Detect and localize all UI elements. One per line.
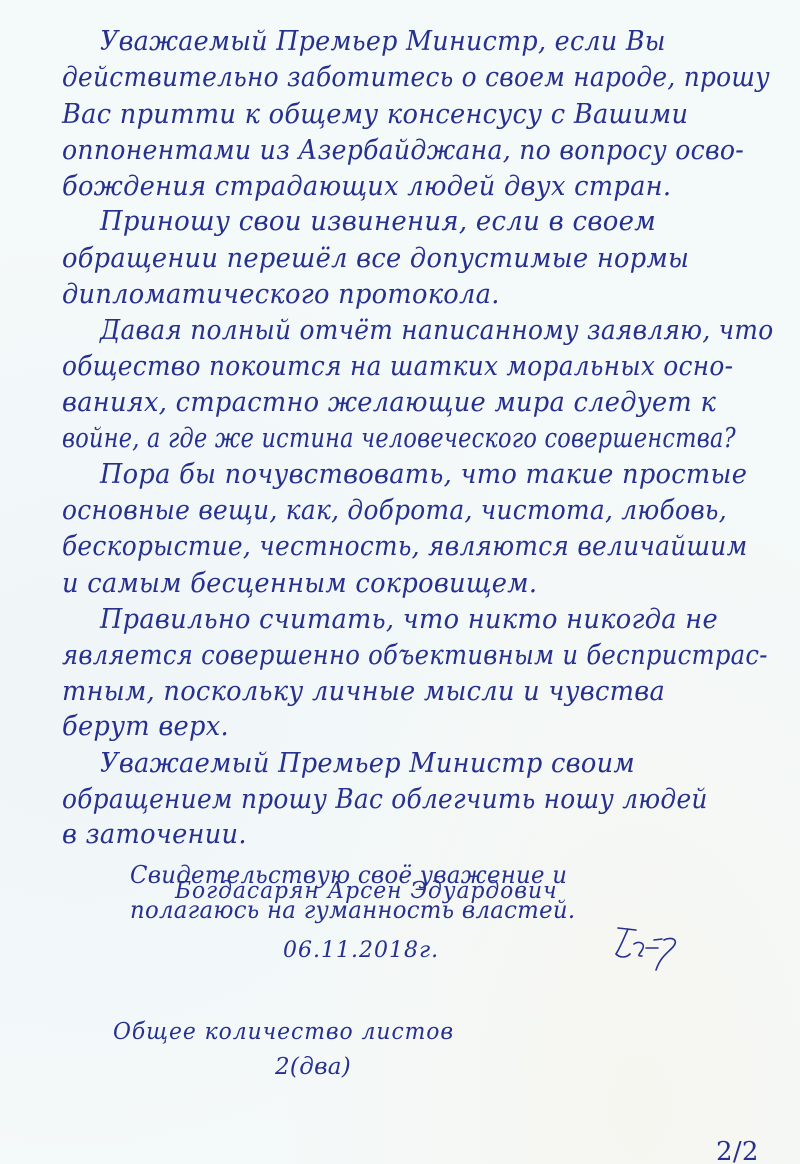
letter-line: общество покоится на шатких моральных ос…: [62, 350, 733, 384]
signature-icon: [606, 918, 696, 978]
letter-date: 06.11.2018г.: [283, 934, 439, 968]
letter-line: Давая полный отчёт написанному заявляю, …: [100, 314, 773, 348]
letter-line: основные вещи, как, доброта, чистота, лю…: [62, 494, 727, 528]
letter-line: обращением прошу Вас облегчить ношу люде…: [62, 783, 708, 817]
letter-line: действительно заботитесь о своем народе,…: [62, 61, 770, 95]
letter-line: в заточении.: [62, 818, 247, 852]
letter-line: Приношу свои извинения, если в своем: [100, 205, 656, 239]
page-number: 2/2: [716, 1135, 759, 1164]
letter-line: и самым бесценным сокровищем.: [62, 567, 537, 601]
letter-line: берут верх.: [62, 710, 229, 744]
sheets-count-label: Общее количество листов: [113, 1015, 454, 1049]
letter-line: ваниях, страстно желающие мира следует к: [62, 386, 716, 420]
letter-page: Уважаемый Премьер Министр, если Вы дейст…: [0, 0, 800, 1164]
letter-line: бождения страдающих людей двух стран.: [62, 170, 671, 204]
letter-line: является совершенно объективным и беспри…: [62, 639, 768, 673]
letter-line: обращении перешёл все допустимые нормы: [62, 242, 689, 276]
letter-line: дипломатического протокола.: [62, 278, 500, 312]
letter-line: Вас притти к общему консенсусу с Вашими: [62, 98, 688, 132]
letter-line: Правильно считать, что никто никогда не: [100, 603, 718, 637]
letter-line: войне, а где же истина человеческого сов…: [62, 422, 736, 456]
letter-line: Пора бы почувствовать, что такие простые: [100, 458, 747, 492]
letter-line: Уважаемый Премьер Министр своим: [100, 747, 635, 781]
letter-line: бескорыстие, честность, являются величай…: [62, 530, 747, 564]
sheets-count-value: 2(два): [275, 1050, 351, 1084]
letter-line: тным, поскольку личные мысли и чувства: [62, 675, 665, 709]
signer-name: Богдасарян Арсен Эдуардович: [175, 874, 558, 908]
letter-line: оппонентами из Азербайджана, по вопросу …: [62, 134, 744, 168]
letter-line: Уважаемый Премьер Министр, если Вы: [100, 25, 666, 59]
